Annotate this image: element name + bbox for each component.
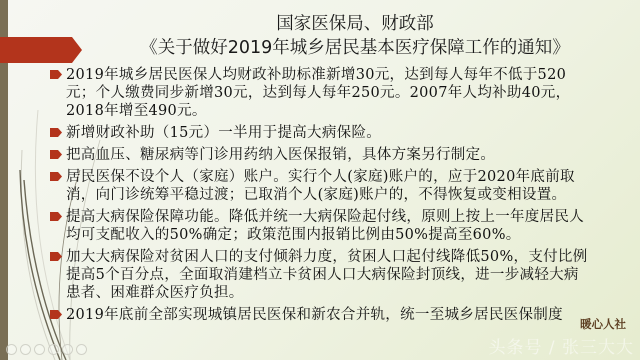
list-item: 新增财政补助（15元）一半用于提高大病保险。 <box>50 124 590 142</box>
brand-label: 暖心人社 <box>580 316 626 332</box>
slideshow-controls <box>6 344 87 355</box>
arrow-bullet-icon <box>50 212 62 221</box>
list-item: 居民医保不设个人（家庭）账户。实行个人(家庭)账户的，应于2020年底前取消，向… <box>50 168 590 204</box>
title-line-1: 国家医保局、财政部 <box>70 12 640 36</box>
zoom-icon[interactable] <box>62 344 73 355</box>
arrow-bullet-icon <box>50 310 62 319</box>
next-icon[interactable] <box>20 344 31 355</box>
watermark: 头条号 / 张三大大 <box>488 333 634 358</box>
arrow-bullet-icon <box>50 70 62 79</box>
slide-title: 国家医保局、财政部 《关于做好2019年城乡居民基本医疗保障工作的通知》 <box>70 12 640 60</box>
list-item: 把高血压、糖尿病等门诊用药纳入医保报销，具体方案另行制定。 <box>50 146 590 164</box>
list-item: 2019年城乡居民医保人均财政补助标准新增30元，达到每人每年不低于520元；个… <box>50 66 590 120</box>
title-line-2: 《关于做好2019年城乡居民基本医疗保障工作的通知》 <box>70 36 640 60</box>
list-item: 加大大病保险对贫困人口的支付倾斜力度，贫困人口起付线降低50%，支付比例提高5个… <box>50 248 590 302</box>
arrow-bullet-icon <box>50 128 62 137</box>
list-item: 2019年底前全部实现城镇居民医保和新农合并轨，统一至城乡居民医保制度 <box>50 306 590 324</box>
arrow-bullet-icon <box>50 172 62 181</box>
list-item: 提高大病保险保障功能。降低并统一大病保险起付线，原则上按上一年度居民人均可支配收… <box>50 208 590 244</box>
arrow-bullet-icon <box>50 150 62 159</box>
more-icon[interactable] <box>76 344 87 355</box>
prev-icon[interactable] <box>6 344 17 355</box>
menu-icon[interactable] <box>48 344 59 355</box>
arrow-bullet-icon <box>50 252 62 261</box>
bullet-list: 2019年城乡居民医保人均财政补助标准新增30元，达到每人每年不低于520元；个… <box>50 66 590 328</box>
pen-icon[interactable] <box>34 344 45 355</box>
